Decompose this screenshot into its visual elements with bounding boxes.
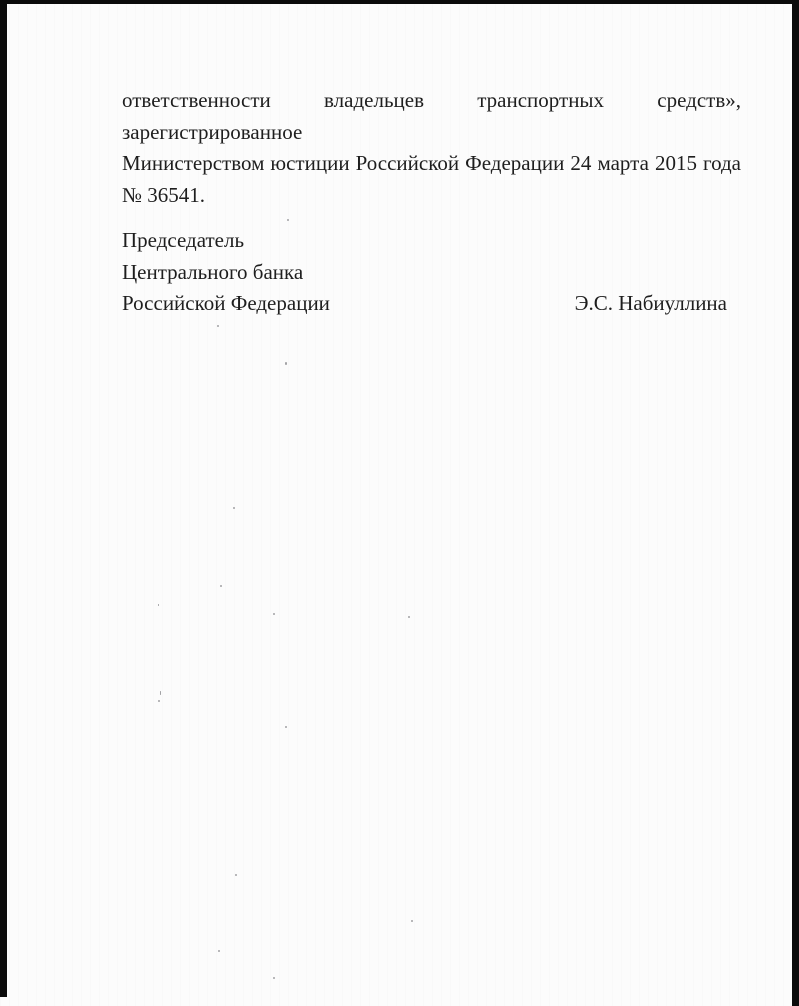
document-paragraph: ответственности владельцев транспортных …	[122, 85, 741, 211]
scan-speck	[158, 700, 160, 702]
scan-edge-top	[0, 0, 799, 4]
scan-speck	[273, 613, 275, 615]
signature-row-last: Российской Федерации Э.С. Набиуллина	[122, 288, 741, 320]
scan-speck	[408, 616, 410, 618]
scan-speck	[285, 726, 287, 728]
scan-speck	[218, 950, 220, 952]
scan-speck	[220, 585, 222, 587]
scanned-document-page: { "page": { "background_color": "#fcfcfc…	[0, 0, 799, 1006]
paragraph-line-2: Министерством юстиции Российской Федерац…	[122, 148, 741, 180]
scan-edge-left	[0, 0, 7, 997]
scan-speck	[217, 325, 219, 327]
scan-speck	[273, 977, 275, 979]
paragraph-line-3-registration-number: № 36541.	[122, 180, 741, 212]
scan-speck	[285, 362, 287, 365]
signature-role-line-2: Центрального банка	[122, 257, 741, 289]
paragraph-line-1: ответственности владельцев транспортных …	[122, 85, 741, 148]
signature-role-line-3: Российской Федерации	[122, 288, 330, 320]
signature-block: Председатель Центрального банка Российск…	[122, 225, 741, 320]
scan-speck	[287, 219, 289, 221]
signature-name: Э.С. Набиуллина	[575, 288, 727, 320]
scan-speck	[160, 691, 161, 695]
scan-speck	[158, 604, 159, 606]
signature-role-line-1: Председатель	[122, 225, 741, 257]
scan-speck	[235, 874, 237, 876]
scan-speck	[233, 507, 235, 509]
scan-speck	[411, 920, 413, 922]
scan-edge-right	[792, 0, 799, 1006]
